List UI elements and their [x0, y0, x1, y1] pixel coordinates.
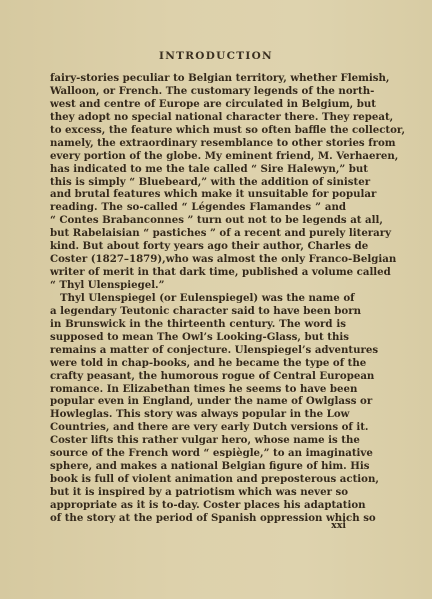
- text-line: book is full of violent animation and pr…: [50, 473, 346, 486]
- text-line: Walloon, or French. The customary legend…: [50, 85, 346, 98]
- text-line: appropriate as it is to-day. Coster plac…: [50, 499, 346, 512]
- text-line: to excess, the feature which must so oft…: [50, 124, 346, 137]
- text-line: namely, the extraordinary resemblance to…: [50, 137, 346, 150]
- text-line: Howleglas. This story was always popular…: [50, 408, 346, 421]
- text-line: every portion of the globe. My eminent f…: [50, 150, 346, 163]
- book-page: INTRODUCTION fairy-stories peculiar to B…: [0, 0, 432, 599]
- text-line: reading. The so-called “ Légendes Flaman…: [50, 201, 346, 214]
- text-line: source of the French word “ espiègle,” t…: [50, 447, 346, 460]
- text-line: this is simply “ Bluebeard,” with the ad…: [50, 176, 346, 189]
- text-line: Thyl Ulenspiegel (or Eulenspiegel) was t…: [50, 292, 346, 305]
- text-line: sphere, and makes a national Belgian fig…: [50, 460, 346, 473]
- text-line: popular even in England, under the name …: [50, 395, 346, 408]
- text-line: “ Contes Brabanconnes ” turn out not to …: [50, 214, 346, 227]
- text-line: crafty peasant, the humorous rogue of Ce…: [50, 370, 346, 383]
- text-line: romance. In Elizabethan times he seems t…: [50, 383, 346, 396]
- body-text: fairy-stories peculiar to Belgian territ…: [50, 72, 346, 525]
- text-line: has indicated to me the tale called “ Si…: [50, 163, 346, 176]
- text-line: writer of merit in that dark time, publi…: [50, 266, 346, 279]
- text-line: west and centre of Europe are circulated…: [50, 98, 346, 111]
- text-line: supposed to mean The Owl’s Looking-Glass…: [50, 331, 346, 344]
- text-line: remains a matter of conjecture. Ulenspie…: [50, 344, 346, 357]
- text-line: but Rabelaisian “ pastiches ” of a recen…: [50, 227, 346, 240]
- text-line: in Brunswick in the thirteenth century. …: [50, 318, 346, 331]
- text-line: were told in chap-books, and he became t…: [50, 357, 346, 370]
- text-line: Coster (1827–1879),who was almost the on…: [50, 253, 346, 266]
- page-number: xxi: [50, 520, 346, 531]
- text-line: Coster lifts this rather vulgar hero, wh…: [50, 434, 346, 447]
- text-line: and brutal features which make it unsuit…: [50, 188, 346, 201]
- text-line: they adopt no special national character…: [50, 111, 346, 124]
- text-line: fairy-stories peculiar to Belgian territ…: [50, 72, 346, 85]
- text-line: a legendary Teutonic character said to h…: [50, 305, 346, 318]
- running-head: INTRODUCTION: [0, 50, 432, 62]
- text-line: Countries, and there are very early Dutc…: [50, 421, 346, 434]
- text-line: “ Thyl Ulenspiegel.”: [50, 279, 346, 292]
- text-line: kind. But about forty years ago their au…: [50, 240, 346, 253]
- text-line: but it is inspired by a patriotism which…: [50, 486, 346, 499]
